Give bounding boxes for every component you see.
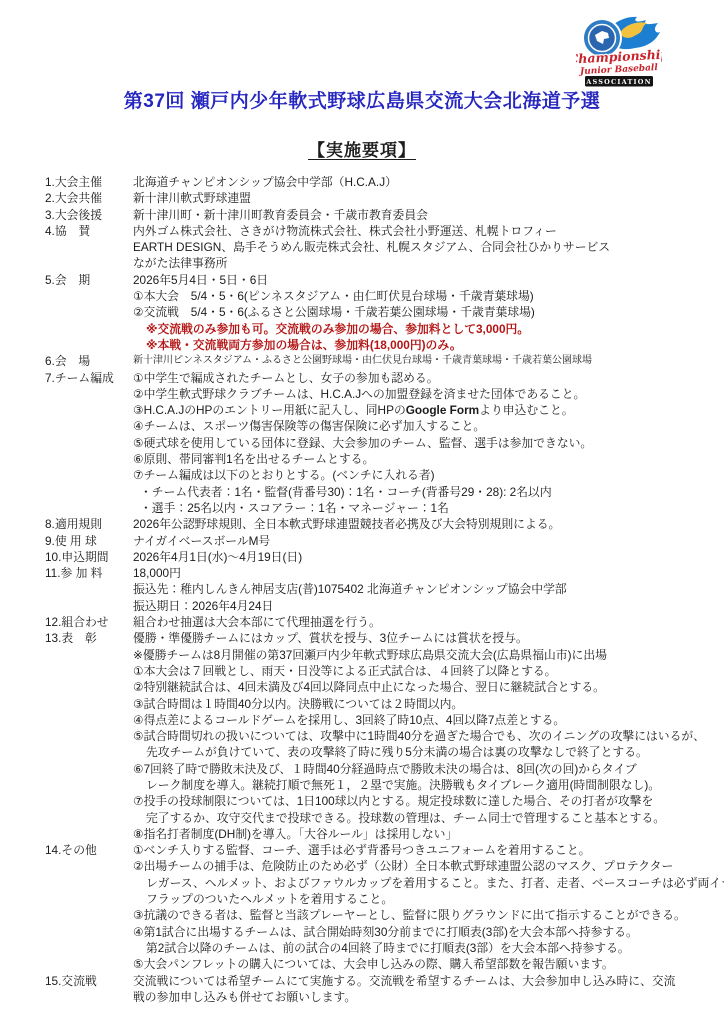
item-line: ④得点差によるコールドゲームを採用し、3回終了時10点、4回以降7点差とする。 (133, 712, 704, 728)
item-row: 13.表 彰優勝・準優勝チームにはカップ、賞状を授与、3位チームには賞状を授与。… (45, 630, 704, 842)
item-content: ナイガイベースボールM号 (133, 533, 704, 549)
item-row: 1.大会主催北海道チャンピオンシップ協会中学部（H.C.A.J） (45, 174, 704, 190)
item-line: ①ベンチ入りする監督、コーチ、選手は必ず背番号つきユニフォームを着用すること。 (133, 842, 704, 858)
text-segment: 第2試合以降のチームは、前の試合の4回終了時までに打順表(3部）を大会本部へ持参… (146, 941, 630, 955)
item-label: 4.協 賛 (45, 223, 133, 239)
text-segment: ①本大会は７回戦とし、雨天・日没等による正式試合は、４回終了以降とする。 (133, 664, 556, 678)
item-row: 7.チーム編成①中学生で編成されたチームとし、女子の参加も認める。②中学生軟式野… (45, 370, 704, 517)
text-segment: 戦の参加申し込みも併せてお願いします。 (133, 990, 356, 1004)
text-segment: より申込むこと。 (479, 403, 573, 417)
item-line: ②出場チームの捕手は、危険防止のため必ず（公財）全日本軟式野球連盟公認のマスク、… (133, 858, 704, 874)
item-line: ※優勝チームは8月開催の第37回瀬戸内少年軟式野球広島県交流大会(広島県福山市)… (133, 647, 704, 663)
document-page: Championship Junior Baseball ASSOCIATION… (0, 0, 724, 1024)
item-line: ③試合時間は１時間40分以内。決勝戦については２時間以内。 (133, 696, 704, 712)
item-line: ※交流戦のみ参加も可。交流戦のみ参加の場合、参加料として3,000円。 (133, 321, 704, 337)
text-segment: ③試合時間は１時間40分以内。決勝戦については２時間以内。 (133, 697, 463, 711)
text-segment: EARTH DESIGN、島手そうめん販売株式会社、札幌スタジアム、合同会社ひか… (133, 240, 610, 254)
text-segment: ④チームは、スポーツ傷害保険等の傷害保険に必ず加入すること。 (133, 419, 485, 433)
text-segment: ⑦投手の投球制限については、1日100球以内とする。規定投球数に達した場合、その… (133, 794, 653, 808)
item-content: 2026年公認野球規則、全日本軟式野球連盟競技者必携及び大会特別規則による。 (133, 516, 704, 532)
item-label: 1.大会主催 (45, 174, 133, 190)
text-segment: ※本戦・交流戦両方参加の場合は、参加料(18,000円)のみ。 (146, 338, 462, 352)
item-label: 11.参 加 料 (45, 565, 133, 581)
text-segment: ①中学生で編成されたチームとし、女子の参加も認める。 (133, 371, 439, 385)
item-line: EARTH DESIGN、島手そうめん販売株式会社、札幌スタジアム、合同会社ひか… (133, 239, 704, 255)
item-line: 北海道チャンピオンシップ協会中学部（H.C.A.J） (133, 174, 704, 190)
text-segment: ・選手：25名以内・スコアラー：1名・マネージャー：1名 (140, 501, 449, 515)
item-line: ②特別継続試合は、4回未満及び4回以降同点中止になった場合、翌日に継続試合とする… (133, 679, 704, 695)
item-content: 交流戦については希望チームにて実施する。交流戦を希望するチームは、大会参加申し込… (133, 973, 704, 1006)
item-row: 12.組合わせ組合わせ抽選は大会本部にて代理抽選を行う。 (45, 614, 704, 630)
text-segment: 完了するか、攻守交代まで投球できる。投球数の管理は、チーム同士で管理すること基本… (146, 811, 665, 825)
item-line: 内外ゴム株式会社、さきがけ物流株式会社、株式会社小野運送、札幌トロフィー (133, 223, 704, 239)
logo-banner-text: ASSOCIATION (585, 78, 652, 86)
item-line: 2026年4月1日(水)～4月19日(日) (133, 549, 704, 565)
item-line: 先攻チームが負けていて、表の攻撃終了時に残り5分未満の場合は裏の攻撃なしで終了と… (133, 744, 704, 760)
text-segment: ⑦チーム編成は以下のとおりとする。(ベンチに入れる者) (133, 468, 435, 482)
item-line: 優勝・準優勝チームにはカップ、賞状を授与、3位チームには賞状を授与。 (133, 630, 704, 646)
item-label: 5.会 期 (45, 272, 133, 288)
text-segment: 優勝・準優勝チームにはカップ、賞状を授与、3位チームには賞状を授与。 (133, 631, 528, 645)
item-row: 11.参 加 料18,000円振込先：稚内しんきん神居支店(普)1075402 … (45, 565, 704, 614)
item-line: 新十津川町・新十津川町教育委員会・千歳市教育委員会 (133, 207, 704, 223)
item-line: 18,000円 (133, 565, 704, 581)
item-line: ※本戦・交流戦両方参加の場合は、参加料(18,000円)のみ。 (133, 337, 704, 353)
text-segment: ④得点差によるコールドゲームを採用し、3回終了時10点、4回以降7点差とする。 (133, 713, 565, 727)
item-line: 2026年公認野球規則、全日本軟式野球連盟競技者必携及び大会特別規則による。 (133, 516, 704, 532)
item-line: ①中学生で編成されたチームとし、女子の参加も認める。 (133, 370, 704, 386)
text-segment: ①ベンチ入りする監督、コーチ、選手は必ず背番号つきユニフォームを着用すること。 (133, 843, 590, 857)
text-segment: ③H.C.A.JのHPのエントリー用紙に記入し、同HPの (133, 403, 406, 417)
item-line: ⑦チーム編成は以下のとおりとする。(ベンチに入れる者) (133, 467, 704, 483)
item-line: 振込先：稚内しんきん神居支店(普)1075402 北海道チャンピオンシップ協会中… (133, 581, 704, 597)
item-line: ①本大会 5/4・5・6(ピンネスタジアム・由仁町伏見台球場・千歳青葉球場) (133, 288, 704, 304)
item-line: 交流戦については希望チームにて実施する。交流戦を希望するチームは、大会参加申し込… (133, 973, 704, 989)
item-line: ⑥7回終了時で勝敗未決及び、１時間40分経過時点で勝敗未決の場合は、8回(次の回… (133, 761, 704, 777)
text-segment: ながた法律事務所 (133, 256, 227, 270)
item-line: ナイガイベースボールM号 (133, 533, 704, 549)
text-segment: 北海道チャンピオンシップ協会中学部（H.C.A.J） (133, 175, 397, 189)
item-label: 15.交流戦 (45, 973, 133, 989)
text-segment: 先攻チームが負けていて、表の攻撃終了時に残り5分未満の場合は裏の攻撃なしで終了と… (146, 745, 648, 759)
text-segment: ③抗議のできる者は、監督と当該プレーヤーとし、監督に限りグラウンドに出て指示する… (133, 908, 686, 922)
text-segment: ⑧指名打者制度(DH制)を導入。「大谷ルール」は採用しない」 (133, 827, 457, 841)
item-content: 優勝・準優勝チームにはカップ、賞状を授与、3位チームには賞状を授与。※優勝チーム… (133, 630, 704, 842)
item-content: 新十津川軟式野球連盟 (133, 190, 704, 206)
item-row: 14.その他①ベンチ入りする監督、コーチ、選手は必ず背番号つきユニフォームを着用… (45, 842, 704, 972)
item-line: 2026年5月4日・5日・6日 (133, 272, 704, 288)
text-segment: ⑤硬式球を使用している団体に登録、大会参加のチーム、監督、選手は参加できない。 (133, 436, 592, 450)
item-line: ・チーム代表者：1名・監督(背番号30)：1名・コーチ(背番号29・28): 2… (133, 484, 704, 500)
text-segment: レガース、ヘルメット、およびファウルカップを着用すること。また、打者、走者、ベー… (146, 876, 724, 890)
item-label: 10.申込期間 (45, 549, 133, 565)
item-content: 18,000円振込先：稚内しんきん神居支店(普)1075402 北海道チャンピオ… (133, 565, 704, 614)
item-label: 13.表 彰 (45, 630, 133, 646)
item-row: 4.協 賛内外ゴム株式会社、さきがけ物流株式会社、株式会社小野運送、札幌トロフィ… (45, 223, 704, 272)
text-segment: 2026年5月4日・5日・6日 (133, 273, 268, 287)
item-content: ①ベンチ入りする監督、コーチ、選手は必ず背番号つきユニフォームを着用すること。②… (133, 842, 704, 972)
item-line: ③抗議のできる者は、監督と当該プレーヤーとし、監督に限りグラウンドに出て指示する… (133, 907, 704, 923)
item-line: レーク制度を導入。継続打順で無死１，２塁で実施。決勝戦もタイブレーク適用(時間制… (133, 777, 704, 793)
text-segment: 組合わせ抽選は大会本部にて代理抽選を行う。 (133, 615, 381, 629)
item-line: 完了するか、攻守交代まで投球できる。投球数の管理は、チーム同士で管理すること基本… (133, 810, 704, 826)
text-segment: 新十津川町・新十津川町教育委員会・千歳市教育委員会 (133, 208, 428, 222)
item-line: 戦の参加申し込みも併せてお願いします。 (133, 989, 704, 1005)
item-label: 6.会 場 (45, 353, 133, 369)
section-heading-text: 【実施要項】 (308, 141, 416, 160)
text-segment: ⑥原則、帯同審判1名を出せるチームとする。 (133, 452, 374, 466)
text-segment: ②出場チームの捕手は、危険防止のため必ず（公財）全日本軟式野球連盟公認のマスク、… (133, 859, 673, 873)
item-row: 5.会 期2026年5月4日・5日・6日①本大会 5/4・5・6(ピンネスタジア… (45, 272, 704, 353)
section-heading: 【実施要項】 (0, 136, 724, 161)
item-label: 8.適用規則 (45, 516, 133, 532)
text-segment: ②特別継続試合は、4回未満及び4回以降同点中止になった場合、翌日に継続試合とする… (133, 680, 605, 694)
item-content: ①中学生で編成されたチームとし、女子の参加も認める。②中学生軟式野球クラブチーム… (133, 370, 704, 517)
item-line: ⑦投手の投球制限については、1日100球以内とする。規定投球数に達した場合、その… (133, 793, 704, 809)
item-line: ②中学生軟式野球クラブチームは、H.C.A.Jへの加盟登録を済ませた団体であるこ… (133, 386, 704, 402)
text-segment: ④第1試合に出場するチームは、試合開始時刻30分前までに打順表(3部)を大会本部… (133, 925, 638, 939)
text-segment: フラップのついたヘルメットを着用すること。 (146, 892, 393, 906)
text-segment: 2026年4月1日(水)～4月19日(日) (133, 550, 302, 564)
item-content: 北海道チャンピオンシップ協会中学部（H.C.A.J） (133, 174, 704, 190)
item-label: 7.チーム編成 (45, 370, 133, 386)
text-segment: ナイガイベースボールM号 (133, 534, 270, 548)
item-line: ・選手：25名以内・スコアラー：1名・マネージャー：1名 (133, 500, 704, 516)
text-segment: ※優勝チームは8月開催の第37回瀬戸内少年軟式野球広島県交流大会(広島県福山市)… (133, 648, 607, 662)
item-line: ①本大会は７回戦とし、雨天・日没等による正式試合は、４回終了以降とする。 (133, 663, 704, 679)
item-content: 新十津川ピンネスタジアム・ふるさと公園野球場・由仁伏見台球場・千歳青葉球場・千歳… (133, 353, 704, 369)
text-segment: 内外ゴム株式会社、さきがけ物流株式会社、株式会社小野運送、札幌トロフィー (133, 224, 557, 238)
item-content: 内外ゴム株式会社、さきがけ物流株式会社、株式会社小野運送、札幌トロフィーEART… (133, 223, 704, 272)
text-segment: ・チーム代表者：1名・監督(背番号30)：1名・コーチ(背番号29・28): 2… (140, 485, 552, 499)
text-segment: ①本大会 5/4・5・6(ピンネスタジアム・由仁町伏見台球場・千歳青葉球場) (133, 289, 534, 303)
text-segment: 振込先：稚内しんきん神居支店(普)1075402 北海道チャンピオンシップ協会中… (133, 582, 567, 596)
item-line: 組合わせ抽選は大会本部にて代理抽選を行う。 (133, 614, 704, 630)
text-segment: 新十津川軟式野球連盟 (133, 191, 251, 205)
item-label: 9.使 用 球 (45, 533, 133, 549)
text-segment: ②中学生軟式野球クラブチームは、H.C.A.Jへの加盟登録を済ませた団体であるこ… (133, 387, 585, 401)
text-segment: 2026年公認野球規則、全日本軟式野球連盟競技者必携及び大会特別規則による。 (133, 517, 560, 531)
text-segment: 振込期日：2026年4月24日 (133, 599, 273, 613)
item-line: ⑤大会パンフレットの購入については、大会申し込みの際、購入希望部数を報告願います… (133, 956, 704, 972)
text-segment: ②交流戦 5/4・5・6(ふるさと公園球場・千歳若葉公園球場・千歳青葉球場) (133, 305, 535, 319)
item-line: ②交流戦 5/4・5・6(ふるさと公園球場・千歳若葉公園球場・千歳青葉球場) (133, 304, 704, 320)
item-line: 新十津川軟式野球連盟 (133, 190, 704, 206)
item-line: ④チームは、スポーツ傷害保険等の傷害保険に必ず加入すること。 (133, 418, 704, 434)
item-line: ③H.C.A.JのHPのエントリー用紙に記入し、同HPのGoogle Formよ… (133, 402, 704, 418)
item-line: 新十津川ピンネスタジアム・ふるさと公園野球場・由仁伏見台球場・千歳青葉球場・千歳… (133, 353, 704, 369)
item-line: ⑤試合時間切れの扱いについては、攻撃中に1時間40分を過ぎた場合でも、次のイニン… (133, 728, 704, 744)
association-logo: Championship Junior Baseball ASSOCIATION (576, 13, 662, 89)
text-segment: 18,000円 (133, 566, 181, 580)
item-line: ⑥原則、帯同審判1名を出せるチームとする。 (133, 451, 704, 467)
items: 1.大会主催北海道チャンピオンシップ協会中学部（H.C.A.J）2.大会共催新十… (0, 174, 724, 1005)
item-label: 12.組合わせ (45, 614, 133, 630)
item-line: 第2試合以降のチームは、前の試合の4回終了時までに打順表(3部）を大会本部へ持参… (133, 940, 704, 956)
item-line: ⑤硬式球を使用している団体に登録、大会参加のチーム、監督、選手は参加できない。 (133, 435, 704, 451)
item-line: 振込期日：2026年4月24日 (133, 598, 704, 614)
item-row: 3.大会後援新十津川町・新十津川町教育委員会・千歳市教育委員会 (45, 207, 704, 223)
item-content: 組合わせ抽選は大会本部にて代理抽選を行う。 (133, 614, 704, 630)
item-line: レガース、ヘルメット、およびファウルカップを着用すること。また、打者、走者、ベー… (133, 875, 704, 891)
item-row: 10.申込期間2026年4月1日(水)～4月19日(日) (45, 549, 704, 565)
item-content: 2026年4月1日(水)～4月19日(日) (133, 549, 704, 565)
item-line: フラップのついたヘルメットを着用すること。 (133, 891, 704, 907)
item-row: 9.使 用 球ナイガイベースボールM号 (45, 533, 704, 549)
item-line: ④第1試合に出場するチームは、試合開始時刻30分前までに打順表(3部)を大会本部… (133, 924, 704, 940)
item-content: 新十津川町・新十津川町教育委員会・千歳市教育委員会 (133, 207, 704, 223)
item-row: 15.交流戦交流戦については希望チームにて実施する。交流戦を希望するチームは、大… (45, 973, 704, 1006)
text-segment: 交流戦については希望チームにて実施する。交流戦を希望するチームは、大会参加申し込… (133, 974, 675, 988)
text-segment: ⑤大会パンフレットの購入については、大会申し込みの際、購入希望部数を報告願います… (133, 957, 614, 971)
text-segment: ⑤試合時間切れの扱いについては、攻撃中に1時間40分を過ぎた場合でも、次のイニン… (133, 729, 705, 743)
item-line: ながた法律事務所 (133, 255, 704, 271)
text-segment: Google Form (406, 403, 479, 417)
text-segment: ⑥7回終了時で勝敗未決及び、１時間40分経過時点で勝敗未決の場合は、8回(次の回… (133, 762, 637, 776)
item-row: 8.適用規則2026年公認野球規則、全日本軟式野球連盟競技者必携及び大会特別規則… (45, 516, 704, 532)
text-segment: ※交流戦のみ参加も可。交流戦のみ参加の場合、参加料として3,000円。 (146, 322, 529, 336)
text-segment: 新十津川ピンネスタジアム・ふるさと公園野球場・由仁伏見台球場・千歳青葉球場・千歳… (133, 355, 592, 366)
item-content: 2026年5月4日・5日・6日①本大会 5/4・5・6(ピンネスタジアム・由仁町… (133, 272, 704, 353)
item-label: 3.大会後援 (45, 207, 133, 223)
item-line: ⑧指名打者制度(DH制)を導入。「大谷ルール」は採用しない」 (133, 826, 704, 842)
item-label: 2.大会共催 (45, 190, 133, 206)
text-segment: レーク制度を導入。継続打順で無死１，２塁で実施。決勝戦もタイブレーク適用(時間制… (146, 778, 660, 792)
item-label: 14.その他 (45, 842, 133, 858)
item-row: 6.会 場新十津川ピンネスタジアム・ふるさと公園野球場・由仁伏見台球場・千歳青葉… (45, 353, 704, 369)
item-row: 2.大会共催新十津川軟式野球連盟 (45, 190, 704, 206)
